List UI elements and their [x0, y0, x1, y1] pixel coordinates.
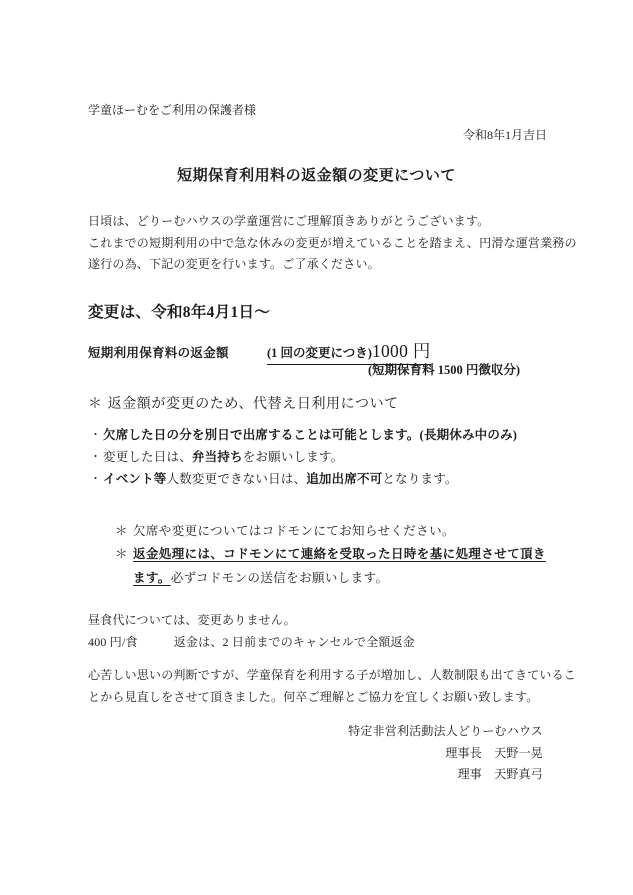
intro-paragraph: 日頃は、どりーむハウスの学童運営にご理解頂きありがとうございます。 これまでの短… — [88, 211, 577, 276]
lunch-line: 昼食代については、変更ありません。 — [88, 610, 415, 632]
alternate-day-heading-text: 返金額が変更のため、代替え日利用について — [108, 397, 399, 412]
document-page: 学童ほーむをご利用の保護者様 令和8年1月吉日 短期保育利用料の返金額の変更につ… — [0, 0, 633, 895]
recipient-line: 学童ほーむをご利用の保護者様 — [88, 102, 256, 118]
intro-line: 遂行の為、下記の変更を行います。ご了承ください。 — [88, 254, 577, 276]
bullet-marker: ・ — [90, 425, 103, 447]
fee-amount: 1000 円 — [372, 340, 431, 362]
signature-director: 理事長 天野一晃 — [348, 743, 543, 765]
bullet-text: 欠席した日の分を別日で出席することは可能とします。(長期休み中のみ) — [103, 425, 517, 447]
intro-line: 日頃は、どりーむハウスの学童運営にご理解頂きありがとうございます。 — [88, 211, 577, 233]
asterisk-marker: ＊ — [115, 543, 133, 590]
bullet-item: ・ 欠席した日の分を別日で出席することは可能とします。(長期休み中のみ) — [90, 425, 517, 447]
fee-note: (短期保育料 1500 円徴収分) — [368, 362, 520, 379]
note-item: ＊ 欠席や変更についてはコドモンにてお知らせください。 — [115, 519, 546, 543]
asterisk-marker: ＊ — [88, 397, 103, 412]
bullet-item: ・ 変更した日は、弁当持ちをお願いします。 — [90, 447, 517, 469]
bullet-item: ・ イベント等人数変更できない日は、追加出席不可となります。 — [90, 469, 517, 491]
alternate-day-heading: ＊返金額が変更のため、代替え日利用について — [88, 396, 399, 414]
bullet-list: ・ 欠席した日の分を別日で出席することは可能とします。(長期休み中のみ) ・ 変… — [90, 425, 517, 490]
signature-block: 特定非営利活動法人どりーむハウス 理事長 天野一晃 理事 天野真弓 — [348, 721, 543, 786]
lunch-section: 昼食代については、変更ありません。 400 円/食返金は、2 日前までのキャンセ… — [88, 610, 415, 653]
signature-org: 特定非営利活動法人どりーむハウス — [348, 721, 543, 743]
bullet-text: 変更した日は、弁当持ちをお願いします。 — [103, 447, 343, 469]
effective-date-heading: 変更は、令和8年4月1日～ — [88, 304, 270, 322]
lunch-price: 400 円/食 — [88, 635, 138, 649]
lunch-price-line: 400 円/食返金は、2 日前までのキャンセルで全額返金 — [88, 632, 415, 654]
fee-per-change: (1 回の変更につき) — [267, 342, 372, 364]
closing-line: とから見直しをさせて頂きました。何卒ご理解とご協力を宜しくお願い致します。 — [88, 687, 576, 709]
date-line: 令和8年1月吉日 — [463, 127, 547, 143]
bullet-text: イベント等人数変更できない日は、追加出席不可となります。 — [103, 469, 458, 491]
lunch-refund: 返金は、2 日前までのキャンセルで全額返金 — [174, 635, 415, 649]
asterisk-marker: ＊ — [115, 519, 133, 543]
document-title: 短期保育利用料の返金額の変更について — [0, 166, 633, 186]
intro-line: これまでの短期利用の中で急な休みの変更が増えていることを踏まえ、円滑な運営業務の — [88, 233, 577, 255]
note-text: 返金処理には、コドモンにて連絡を受取った日時を基に処理させて頂きます。必ずコドモ… — [133, 543, 546, 590]
closing-line: 心苦しい思いの判断ですが、学童保育を利用する子が増加し、人数制限も出てきているこ — [88, 665, 576, 687]
fee-label: 短期利用保育料の返金額 — [88, 343, 267, 361]
signature-trustee: 理事 天野真弓 — [348, 764, 543, 786]
closing-paragraph: 心苦しい思いの判断ですが、学童保育を利用する子が増加し、人数制限も出てきているこ… — [88, 665, 576, 708]
notes-list: ＊ 欠席や変更についてはコドモンにてお知らせください。 ＊ 返金処理には、コドモ… — [115, 519, 546, 590]
note-text: 欠席や変更についてはコドモンにてお知らせください。 — [133, 519, 455, 543]
bullet-marker: ・ — [90, 447, 103, 469]
note-item: ＊ 返金処理には、コドモンにて連絡を受取った日時を基に処理させて頂きます。必ずコ… — [115, 543, 546, 590]
bullet-marker: ・ — [90, 469, 103, 491]
